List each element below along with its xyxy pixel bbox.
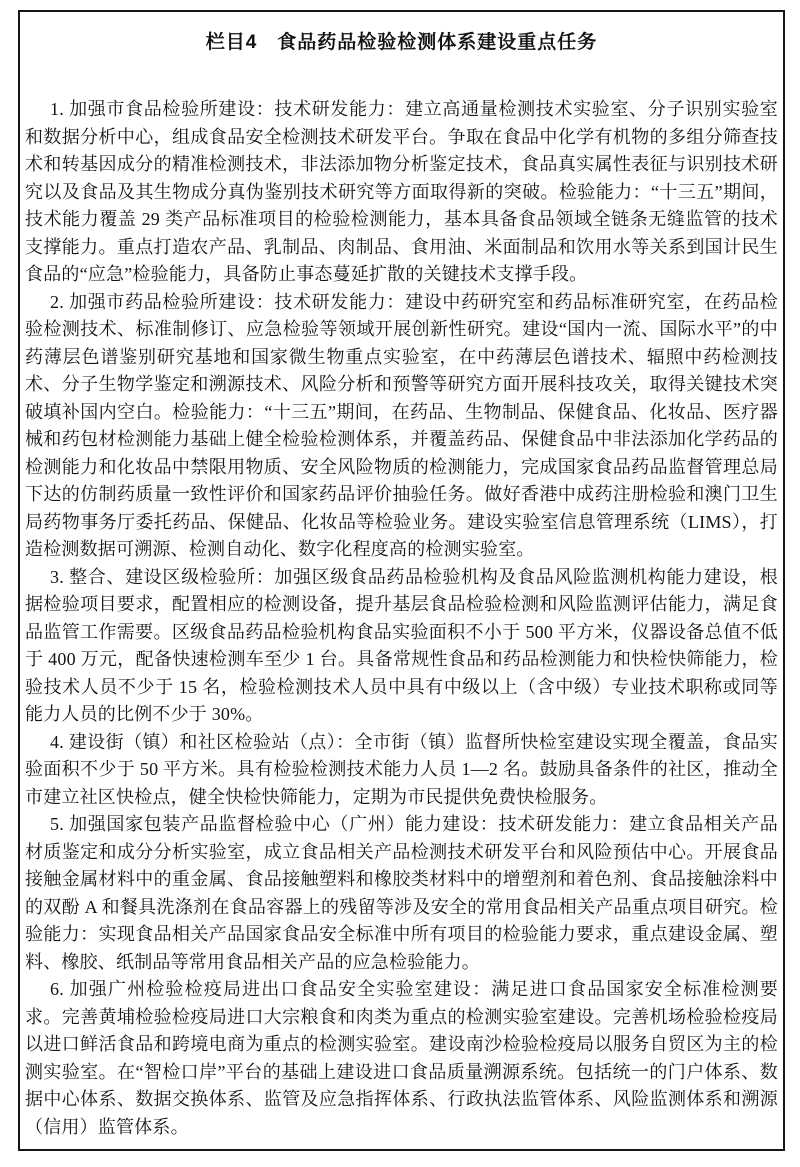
task-paragraph-6: 6. 加强广州检验检疫局进出口食品安全实验室建设：满足进口食品国家安全标准检测要…	[25, 976, 778, 1141]
task-paragraph-3: 3. 整合、建设区级检验所：加强区级食品药品检验机构及食品风险监测机构能力建设，…	[25, 564, 778, 729]
document-page: 栏目4 食品药品检验检测体系建设重点任务 1. 加强市食品检验所建设：技术研发能…	[0, 0, 800, 1167]
task-paragraph-5: 5. 加强国家包装产品监督检验中心（广州）能力建设：技术研发能力：建立食品相关产…	[25, 811, 778, 976]
task-paragraph-1: 1. 加强市食品检验所建设：技术研发能力：建立高通量检测技术实验室、分子识别实验…	[25, 96, 778, 289]
task-paragraph-2: 2. 加强市药品检验所建设：技术研发能力：建设中药研究室和药品标准研究室，在药品…	[25, 289, 778, 564]
task-paragraph-4: 4. 建设街（镇）和社区检验站（点）：全市街（镇）监督所快检室建设实现全覆盖，食…	[25, 729, 778, 812]
box-title: 栏目4 食品药品检验检测体系建设重点任务	[25, 28, 778, 58]
column-4-box: 栏目4 食品药品检验检测体系建设重点任务 1. 加强市食品检验所建设：技术研发能…	[18, 10, 785, 1151]
